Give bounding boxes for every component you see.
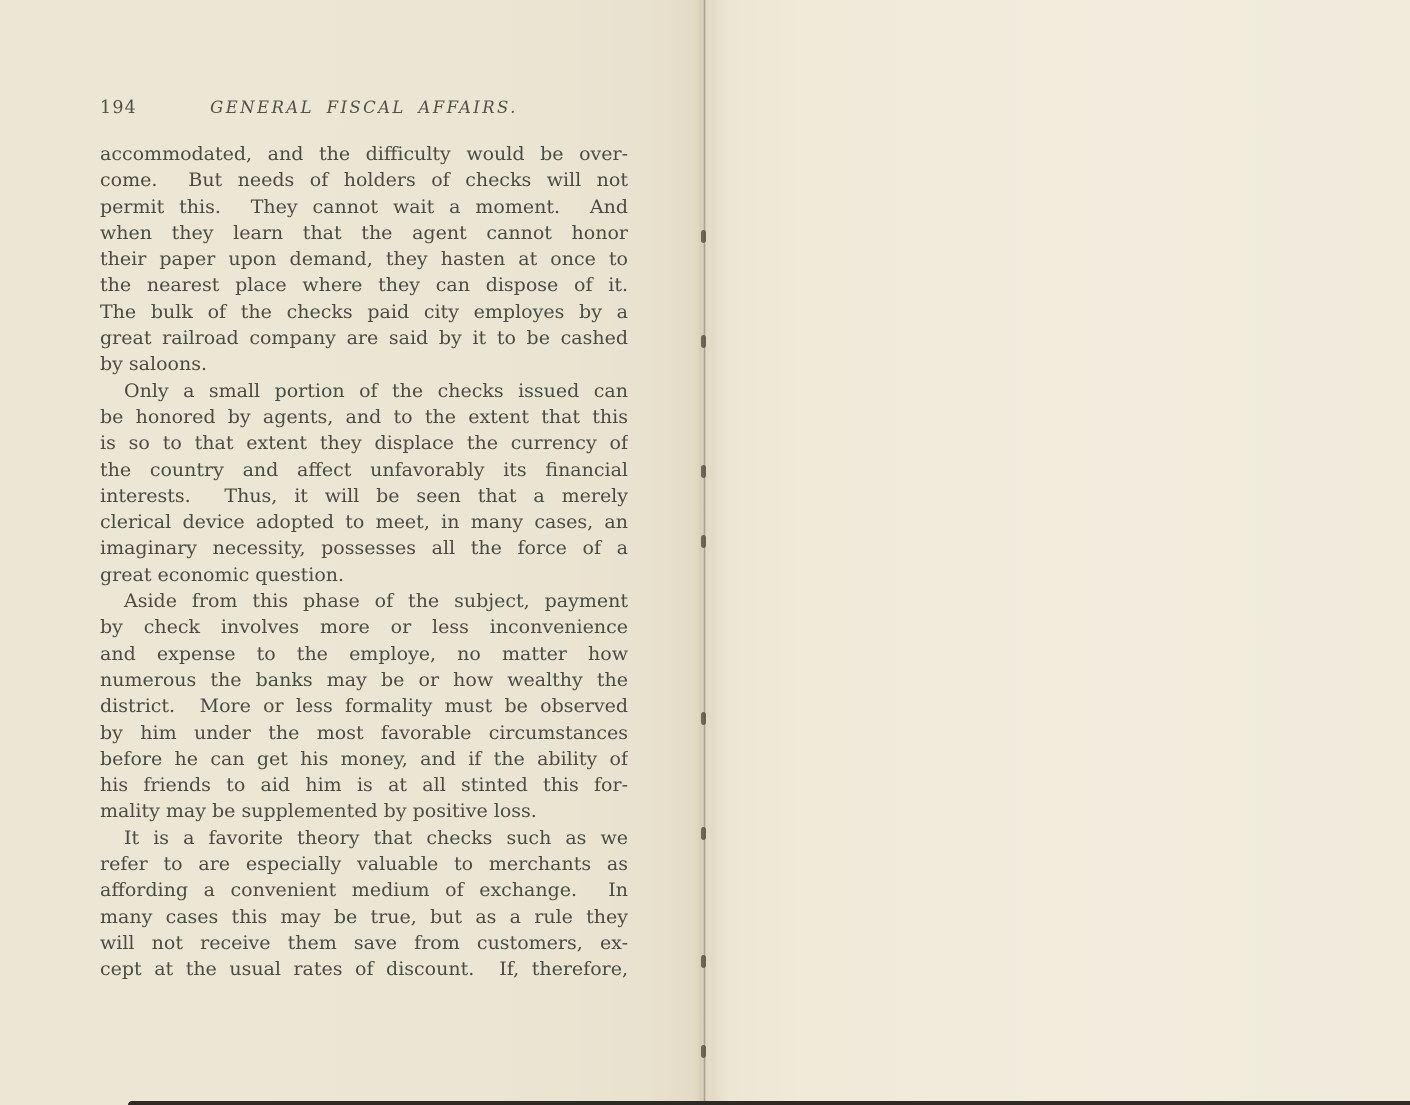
text-line: imaginary necessity, possesses all the f…	[100, 535, 628, 561]
text-line: by saloons.	[100, 351, 628, 377]
text-line: cept at the usual rates of discount. If,…	[100, 956, 628, 982]
text-line: is so to that extent they displace the c…	[100, 430, 628, 456]
text-line: great economic question.	[100, 562, 628, 588]
text-line: will not receive them save from customer…	[100, 930, 628, 956]
text-line: great railroad company are said by it to…	[100, 325, 628, 351]
page-left-text-column: accommodated, and the difficulty would b…	[100, 141, 628, 983]
text-line: numerous the banks may be or how wealthy…	[100, 667, 628, 693]
text-line: Only a small portion of the checks issue…	[100, 378, 628, 404]
binding-stitch-mark	[701, 1045, 706, 1058]
text-line: his friends to aid him is at all stinted…	[100, 772, 628, 798]
text-line: It is a favorite theory that checks such…	[100, 825, 628, 851]
page-right: PAYMENT OF WAGES. 195 an employe has no …	[704, 0, 1410, 1105]
text-line: come. But needs of holders of checks wil…	[100, 167, 628, 193]
text-line: The bulk of the checks paid city employe…	[100, 299, 628, 325]
text-line: Aside from this phase of the subject, pa…	[100, 588, 628, 614]
text-line: accommodated, and the difficulty would b…	[100, 141, 628, 167]
text-line: and expense to the employe, no matter ho…	[100, 641, 628, 667]
text-line: when they learn that the agent cannot ho…	[100, 220, 628, 246]
text-line: district. More or less formality must be…	[100, 693, 628, 719]
text-line: mality may be supplemented by positive l…	[100, 798, 628, 824]
text-line: their paper upon demand, they hasten at …	[100, 246, 628, 272]
binding-stitch-mark	[701, 955, 706, 968]
page-left: 194 GENERAL FISCAL AFFAIRS. accommodated…	[0, 0, 704, 1105]
binding-stitch-mark	[701, 712, 706, 725]
text-line: the nearest place where they can dispose…	[100, 272, 628, 298]
binding-stitch-mark	[701, 827, 706, 840]
text-line: before he can get his money, and if the …	[100, 746, 628, 772]
book-gutter-crease	[699, 0, 710, 1105]
running-header-left: 194 GENERAL FISCAL AFFAIRS.	[100, 97, 628, 121]
text-line: affording a convenient medium of exchang…	[100, 877, 628, 903]
text-line: interests. Thus, it will be seen that a …	[100, 483, 628, 509]
text-line: many cases this may be true, but as a ru…	[100, 904, 628, 930]
running-head-title-left: GENERAL FISCAL AFFAIRS.	[100, 97, 628, 117]
text-line: by check involves more or less inconveni…	[100, 614, 628, 640]
binding-stitch-mark	[701, 335, 706, 348]
text-line: refer to are especially valuable to merc…	[100, 851, 628, 877]
book-spread: 194 GENERAL FISCAL AFFAIRS. accommodated…	[0, 0, 1410, 1105]
text-line: permit this. They cannot wait a moment. …	[100, 194, 628, 220]
binding-stitch-mark	[701, 465, 706, 478]
text-line: be honored by agents, and to the extent …	[100, 404, 628, 430]
binding-stitch-mark	[701, 230, 706, 243]
text-line: clerical device adopted to meet, in many…	[100, 509, 628, 535]
text-line: the country and affect unfavorably its f…	[100, 457, 628, 483]
text-line: by him under the most favorable circumst…	[100, 720, 628, 746]
binding-stitch-mark	[701, 535, 706, 548]
page-number-left: 194	[100, 98, 137, 118]
page-bottom-edge	[128, 1101, 1410, 1105]
